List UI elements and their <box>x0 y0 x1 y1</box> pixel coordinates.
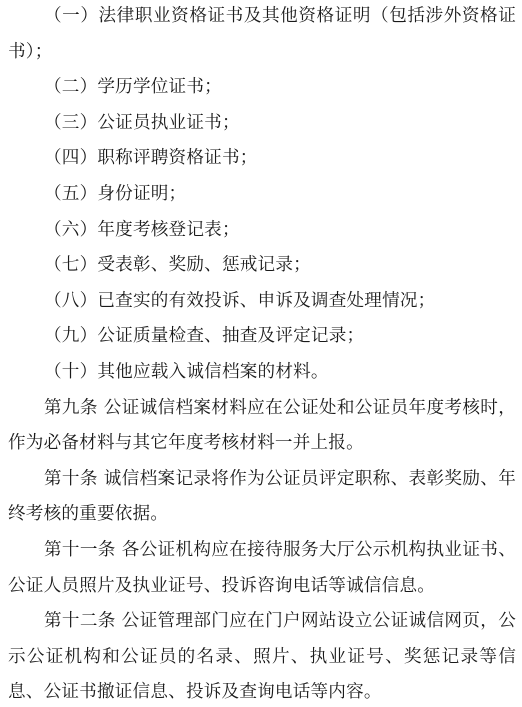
document-body: （一）法律职业资格证书及其他资格证明（包括涉外资格证书）； （二）学历学位证书；… <box>0 0 522 707</box>
list-item-4: （四）职称评聘资格证书； <box>8 141 516 177</box>
article-12: 第十二条 公证管理部门应在门户网站设立公证诚信网页，公示公证机构和公证员的名录、… <box>8 604 516 707</box>
article-11: 第十一条 各公证机构应在接待服务大厅公示机构执业证书、公证人员照片及执业证号、投… <box>8 533 516 604</box>
list-item-9: （九）公证质量检查、抽查及评定记录； <box>8 319 516 355</box>
list-item-3: （三）公证员执业证书； <box>8 106 516 142</box>
list-item-7: （七）受表彰、奖励、惩戒记录； <box>8 248 516 284</box>
list-item-10: （十）其他应载入诚信档案的材料。 <box>8 355 516 391</box>
list-item-1: （一）法律职业资格证书及其他资格证明（包括涉外资格证书）； <box>8 0 516 70</box>
article-9: 第九条 公证诚信档案材料应在公证处和公证员年度考核时，作为必备材料与其它年度考核… <box>8 391 516 462</box>
list-item-5: （五）身份证明； <box>8 177 516 213</box>
list-item-8: （八）已查实的有效投诉、申诉及调查处理情况； <box>8 284 516 320</box>
list-item-2: （二）学历学位证书； <box>8 70 516 106</box>
article-10: 第十条 诚信档案记录将作为公证员评定职称、表彰奖励、年终考核的重要依据。 <box>8 462 516 533</box>
list-item-6: （六）年度考核登记表； <box>8 213 516 249</box>
